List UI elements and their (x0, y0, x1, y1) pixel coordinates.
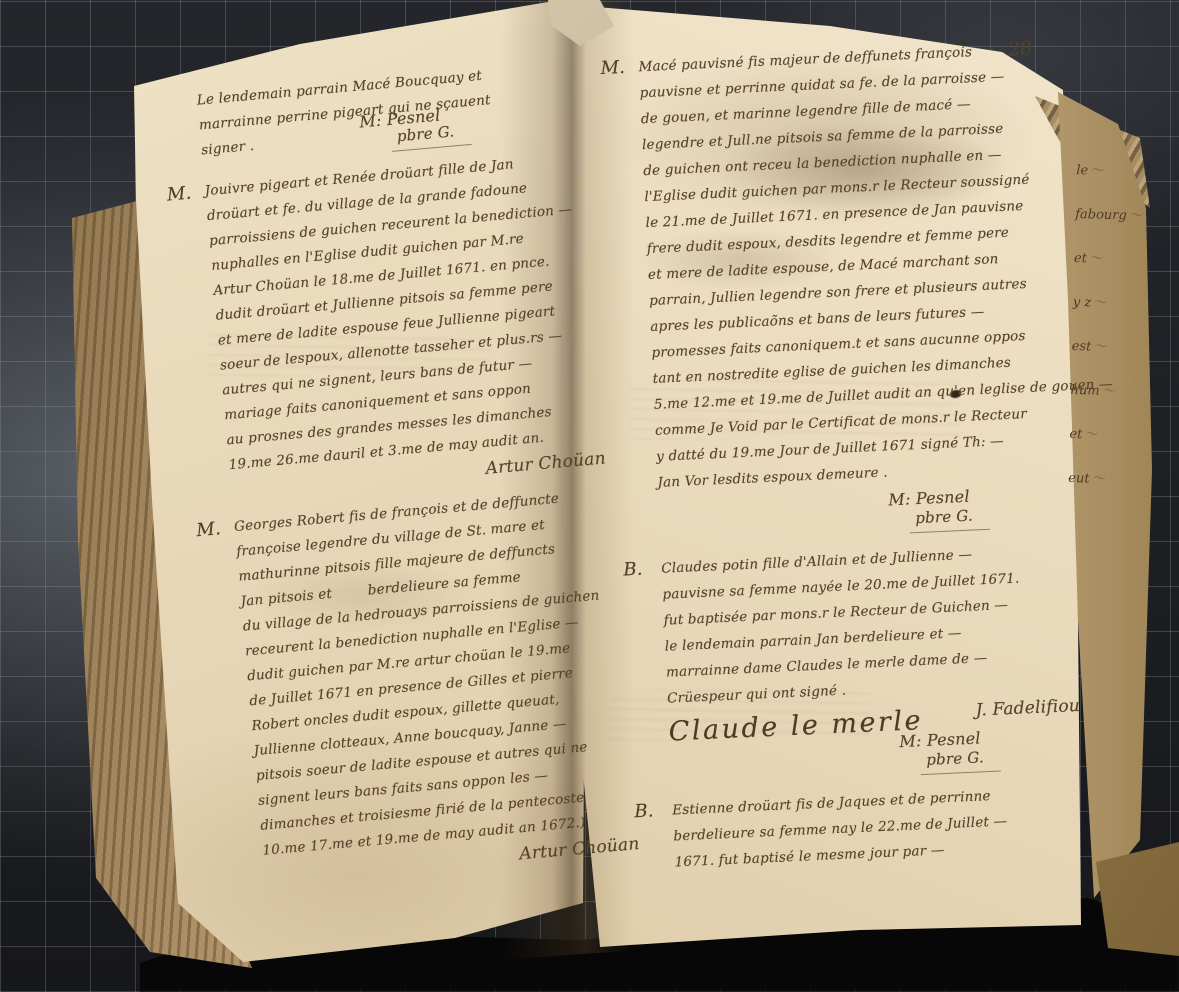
archival-photo-scene: 34567 28 Le lendemain parrain Macé Boucq… (0, 0, 1179, 992)
fore-edge-fragment: et (1074, 247, 1154, 268)
register-entry: M.Georges Robert fis de françois et de d… (195, 482, 646, 893)
fore-edge-text-fragments: lefabourgety zesthumeteut (1067, 159, 1156, 513)
fore-edge-fragment: est (1072, 335, 1152, 356)
entry-margin-letter: M. (195, 518, 221, 541)
entry-margin-letter: M. (166, 183, 192, 206)
entry-body: Estienne droüart fis de Jaques et de per… (672, 779, 1087, 876)
signature: J. Fadelifiou (975, 693, 1080, 724)
fore-edge-fragment: le (1076, 159, 1156, 180)
signature: pbre G. (920, 744, 1001, 776)
fore-edge-fragment: et (1069, 423, 1149, 444)
fore-edge-fragment: y z (1073, 291, 1153, 312)
register-entry: B.Estienne droüart fis de Jaques et de p… (634, 779, 1087, 877)
entry-body: Claudes potin fille d'Allain et de Julli… (661, 537, 1083, 786)
register-entry: M.Macé pauvisné fis majeur de deffunets … (600, 36, 1072, 547)
register-entry: B.Claudes potin fille d'Allain et de Jul… (623, 537, 1083, 788)
entry-body: Macé pauvisné fis majeur de deffunets fr… (638, 36, 1072, 545)
signature: pbre G. (390, 118, 472, 152)
register-entry: M.Jouivre pigeart et Renée droüart fille… (166, 146, 613, 507)
signature: pbre G. (909, 502, 990, 534)
right-page-text: M.Macé pauvisné fis majeur de deffunets … (600, 36, 1087, 889)
fore-edge-fragment: eut (1068, 467, 1148, 488)
entry-margin-letter: B. (634, 800, 654, 822)
entry-margin-letter: B. (623, 559, 643, 581)
entry-margin-letter: M. (600, 57, 625, 79)
signature: Claude le merle (668, 708, 923, 746)
fore-edge-fragment: hum (1070, 379, 1150, 400)
fore-edge-fragment: fabourg (1075, 203, 1155, 224)
left-page-text: Le lendemain parrain Macé Boucquay etmar… (158, 55, 647, 904)
entry-body: Georges Robert fis de françois et de def… (233, 482, 646, 890)
entry-body: Jouivre pigeart et Renée droüart fille d… (204, 146, 613, 504)
